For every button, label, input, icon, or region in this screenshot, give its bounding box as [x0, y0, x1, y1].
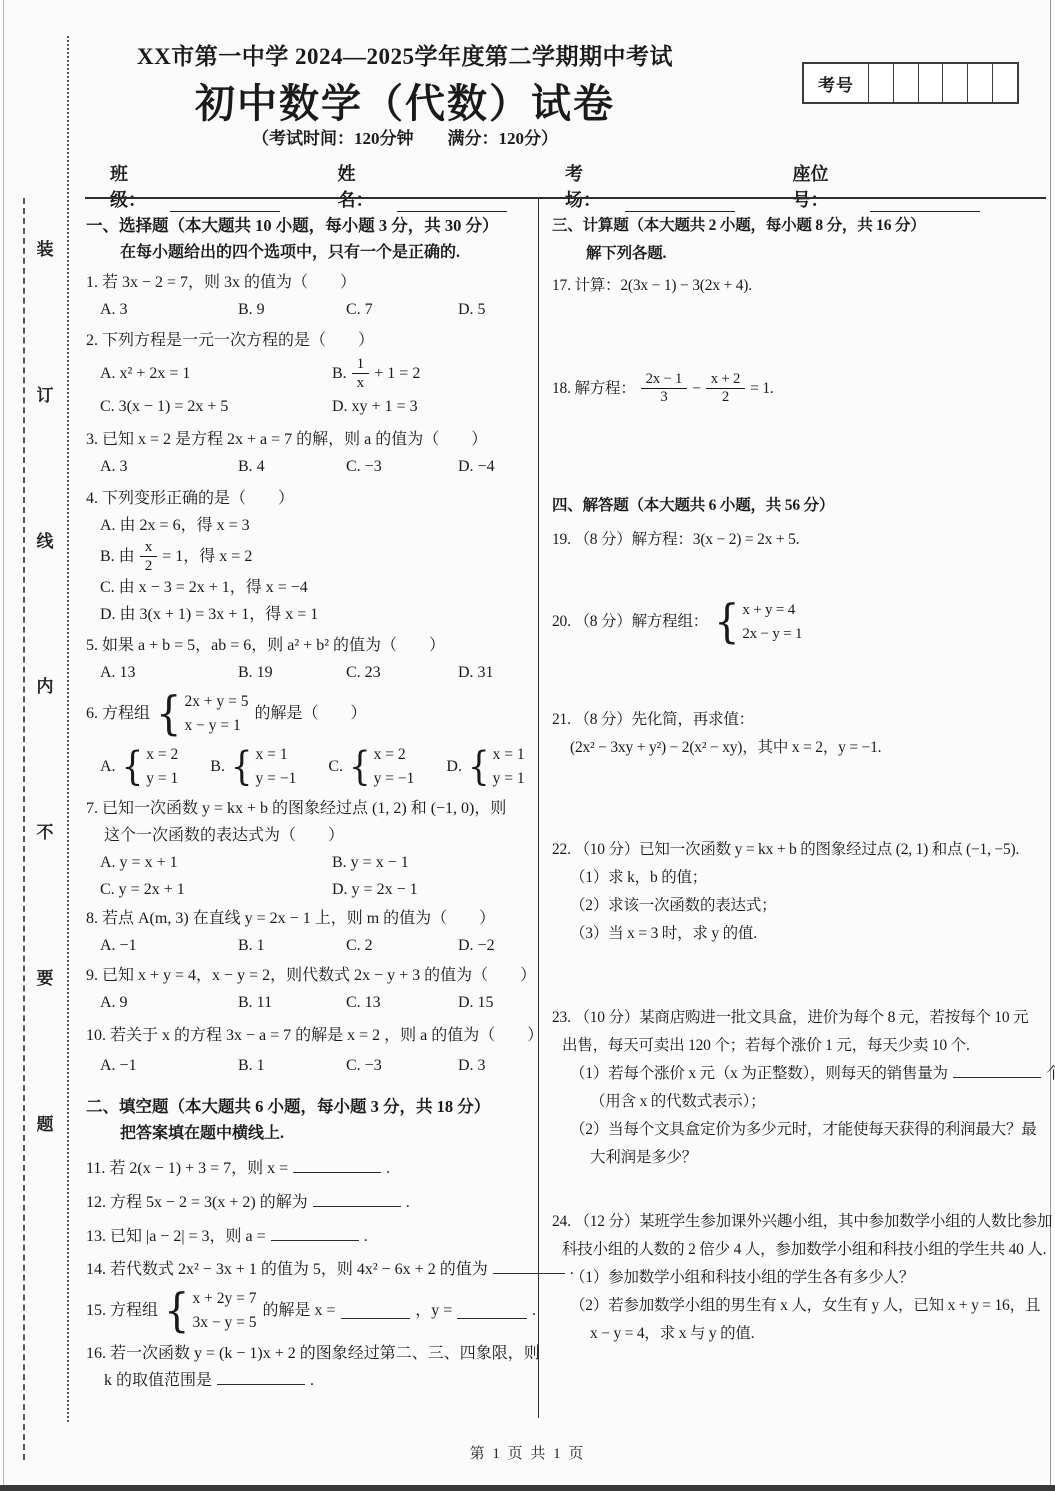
q1-option-c: C. 7: [346, 296, 458, 323]
q4-option-b-rest: = 1，得 x = 2: [162, 543, 252, 570]
q16-line1: 16. 若一次函数 y = (k − 1)x + 2 的图象经过第二、三、四象限…: [86, 1340, 536, 1367]
q13-blank: [271, 1225, 359, 1241]
q4-option-d: D. 由 3(x + 1) = 3x + 1，得 x = 1: [86, 601, 536, 628]
q6-option-b-system: x = 1 y = −1: [231, 743, 296, 791]
school-line: XX市第一中学 2024—2025学年度第二学期期中考试: [0, 38, 810, 71]
seat-blank: [870, 191, 980, 212]
q2-option-b-label: B.: [332, 360, 347, 387]
q6-stem-post: 的解是（ ）: [255, 700, 367, 727]
exam-number-label: 考号: [804, 64, 868, 102]
q7-stem-line2: 这个一次函数的表达式为（ ）: [86, 822, 536, 849]
q24-line2: 科技小组的人数的 2 倍少 4 人，参加数学小组和科技小组的学生共 40 人.: [552, 1236, 1052, 1264]
exam-number-cell: [868, 64, 893, 102]
q2-option-b-rest: + 1 = 2: [374, 360, 420, 387]
q3-option-b: B. 4: [238, 453, 346, 480]
room-blank: [625, 191, 735, 212]
q6-option-b: B. x = 1 y = −1: [210, 743, 302, 791]
q6-stem-pre: 6. 方程组: [86, 700, 150, 727]
q7-options-cd: C. y = 2x + 1 D. y = 2x − 1: [86, 876, 536, 903]
left-column: 一、选择题（本大题共 10 小题，每小题 3 分，共 30 分） 在每小题给出的…: [86, 212, 536, 1394]
q19: 19. （8 分）解方程：3(x − 2) = 2x + 5.: [552, 526, 1052, 554]
q5-option-c: C. 23: [346, 659, 458, 686]
q10-options: A. −1 B. 1 C. −3 D. 3: [86, 1052, 536, 1079]
q20: 20. （8 分）解方程组： x + y = 4 2x − y = 1: [552, 598, 1052, 646]
q23-blank: [953, 1062, 1041, 1078]
exam-paper-page: 装 订 线 内 不 要 题 XX市第一中学 2024—2025学年度第二学期期中…: [0, 0, 1055, 1491]
q1-option-b: B. 9: [238, 296, 346, 323]
q6-options: A. x = 2 y = 1 B. x = 1 y = −1 C. x = 2 …: [86, 743, 536, 791]
q5-option-b: B. 19: [238, 659, 346, 686]
q10-option-a: A. −1: [100, 1052, 238, 1079]
exam-number-cell: [942, 64, 967, 102]
q4-option-b-pre: B. 由: [100, 543, 135, 570]
q2-option-b: B. 1 x + 1 = 2: [332, 356, 536, 391]
q4-fraction: x 2: [140, 539, 158, 574]
q5-options: A. 13 B. 19 C. 23 D. 31: [86, 659, 536, 686]
seat-field: 座位号：: [793, 160, 980, 212]
q6-option-c: C. x = 2 y = −1: [328, 743, 420, 791]
q6-stem: 6. 方程组 2x + y = 5 x − y = 1 的解是（ ）: [86, 690, 536, 738]
q2-options-cd: C. 3(x − 1) = 2x + 5 D. xy + 1 = 3: [86, 393, 536, 420]
exam-number-box: 考号: [802, 62, 1019, 104]
name-field: 姓名：: [338, 160, 508, 212]
q2-stem: 2. 下列方程是一元一次方程的是（ ）: [86, 327, 536, 354]
section4-title: 四、解答题（本大题共 6 小题，共 56 分）: [552, 492, 1052, 520]
exam-number-cell: [992, 64, 1017, 102]
q7-option-b: B. y = x − 1: [332, 849, 536, 876]
q9-options: A. 9 B. 11 C. 13 D. 15: [86, 989, 536, 1016]
q23-part2-line2: 大利润是多少？: [552, 1144, 1052, 1172]
q23-part2-line1: （2）当每个文具盒定价为多少元时，才能使每天获得的利润最大？最: [552, 1116, 1052, 1144]
seat-label: 座位号：: [793, 160, 865, 212]
q9-stem: 9. 已知 x + y = 4，x − y = 2，则代数式 2x − y + …: [86, 962, 536, 989]
q24-line1: 24. （12 分）某班学生参加课外兴趣小组，其中参加数学小组的人数比参加: [552, 1208, 1052, 1236]
binding-char: 内: [37, 672, 54, 697]
q22-stem: 22. （10 分）已知一次函数 y = kx + b 的图象经过点 (2, 1…: [552, 836, 1052, 864]
page-left-edge: [3, 0, 4, 1491]
q1-options: A. 3 B. 9 C. 7 D. 5: [86, 296, 536, 323]
q8-option-a: A. −1: [100, 932, 238, 959]
q20-pre: 20. （8 分）解方程组：: [552, 608, 708, 636]
q4-option-c: C. 由 x − 3 = 2x + 1，得 x = −4: [86, 574, 536, 601]
q2-option-d: D. xy + 1 = 3: [332, 393, 536, 420]
class-field: 班级：: [110, 160, 280, 212]
binding-char: 线: [37, 527, 54, 552]
q10-option-d: D. 3: [458, 1052, 536, 1079]
q22-part2: （2）求该一次函数的表达式；: [552, 892, 1052, 920]
q18-pre: 18. 解方程：: [552, 375, 636, 403]
section3-subtitle: 解下列各题.: [552, 240, 1052, 268]
q9-option-a: A. 9: [100, 989, 238, 1016]
q9-option-b: B. 11: [238, 989, 346, 1016]
header-rule: [85, 197, 1046, 199]
q3-option-a: A. 3: [100, 453, 238, 480]
q5-option-a: A. 13: [100, 659, 238, 686]
q10-option-b: B. 1: [238, 1052, 346, 1079]
q20-system: x + y = 4 2x − y = 1: [714, 598, 802, 646]
q4-option-a: A. 由 2x = 6，得 x = 3: [86, 512, 536, 539]
exam-number-cell: [893, 64, 918, 102]
binding-char: 题: [37, 1110, 54, 1135]
binding-char: 装: [37, 235, 54, 260]
q3-option-d: D. −4: [458, 453, 536, 480]
section1-subtitle: 在每小题给出的四个选项中，只有一个是正确的.: [86, 239, 536, 266]
q24-part1: （1）参加数学小组和科技小组的学生各有多少人？: [552, 1264, 1052, 1292]
q6-option-c-system: x = 2 y = −1: [349, 743, 414, 791]
exam-meta: （考试时间：120分钟 满分：120分）: [0, 124, 810, 149]
room-field: 考场：: [565, 160, 735, 212]
q1-option-d: D. 5: [458, 296, 536, 323]
q13: 13. 已知 |a − 2| = 3，则 a =.: [86, 1223, 536, 1250]
q2-fraction: 1 x: [352, 356, 370, 391]
q2-option-a: A. x² + 2x = 1: [100, 356, 332, 391]
q14: 14. 若代数式 2x² − 3x + 1 的值为 5，则 4x² − 6x +…: [86, 1256, 536, 1283]
q15-system: x + 2y = 7 3x − y = 5: [164, 1287, 257, 1335]
q22-part3: （3）当 x = 3 时，求 y 的值.: [552, 920, 1052, 948]
binding-char: 订: [37, 381, 54, 406]
q23-line1: 23. （10 分）某商店购进一批文具盒，进价为每个 8 元，若按每个 10 元: [552, 1004, 1052, 1032]
q9-option-c: C. 13: [346, 989, 458, 1016]
q1-stem: 1. 若 3x − 2 = 7，则 3x 的值为（ ）: [86, 269, 536, 296]
q1-option-a: A. 3: [100, 296, 238, 323]
q8-options: A. −1 B. 1 C. 2 D. −2: [86, 932, 536, 959]
q6-option-a: A. x = 2 y = 1: [100, 743, 184, 791]
page-bottom-edge: [0, 1485, 1055, 1491]
q2-option-c: C. 3(x − 1) = 2x + 5: [100, 393, 332, 420]
q7-options-ab: A. y = x + 1 B. y = x − 1: [86, 849, 536, 876]
binding-dashed-line: [23, 198, 25, 1460]
q15-blank-x: [341, 1303, 411, 1319]
class-blank: [170, 191, 280, 212]
binding-dotted-line: [67, 36, 69, 1422]
q11-blank: [293, 1157, 381, 1173]
q2-options-ab: A. x² + 2x = 1 B. 1 x + 1 = 2: [86, 356, 536, 391]
q10-stem: 10. 若关于 x 的方程 3x − a = 7 的解是 x = 2 ，则 a …: [86, 1022, 536, 1049]
q8-stem: 8. 若点 A(m, 3) 在直线 y = 2x − 1 上，则 m 的值为（ …: [86, 905, 536, 932]
q12: 12. 方程 5x − 2 = 3(x + 2) 的解为.: [86, 1189, 536, 1216]
q24-part2-line2: x − y = 4，求 x 与 y 的值.: [552, 1320, 1052, 1348]
q8-option-c: C. 2: [346, 932, 458, 959]
q7-option-d: D. y = 2x − 1: [332, 876, 536, 903]
q6-option-d: D. x = 1 y = 1: [446, 743, 530, 791]
q4-stem: 4. 下列变形正确的是（ ）: [86, 485, 536, 512]
q7-stem-line1: 7. 已知一次函数 y = kx + b 的图象经过点 (1, 2) 和 (−1…: [86, 795, 536, 822]
q10-option-c: C. −3: [346, 1052, 458, 1079]
q4-option-b: B. 由 x 2 = 1，得 x = 2: [86, 539, 536, 574]
section3-title: 三、计算题（本大题共 2 小题，每小题 8 分，共 16 分）: [552, 212, 1052, 240]
right-column: 三、计算题（本大题共 2 小题，每小题 8 分，共 16 分） 解下列各题. 1…: [552, 212, 1052, 1348]
q7-option-a: A. y = x + 1: [100, 849, 332, 876]
section2-title: 二、填空题（本大题共 6 小题，每小题 3 分，共 18 分）: [86, 1093, 536, 1120]
q12-blank: [313, 1191, 401, 1207]
binding-char: 要: [37, 964, 54, 989]
q23-part1-line1: （1）若每个涨价 x 元（x 为正整数），则每天的销售量为个: [552, 1060, 1052, 1088]
q23-part1-line2: （用含 x 的代数式表示）；: [552, 1088, 1052, 1116]
q3-stem: 3. 已知 x = 2 是方程 2x + a = 7 的解，则 a 的值为（ ）: [86, 426, 536, 453]
q18-fraction2: x + 2 2: [706, 372, 745, 406]
q18-minus: −: [692, 375, 701, 403]
q21-line1: 21. （8 分）先化简，再求值：: [552, 706, 1052, 734]
q3-options: A. 3 B. 4 C. −3 D. −4: [86, 453, 536, 480]
page-footer: 第 1 页 共 1 页: [0, 1442, 1055, 1463]
room-label: 考场：: [565, 160, 619, 212]
q24-part2-line1: （2）若参加数学小组的男生有 x 人，女生有 y 人，已知 x + y = 16…: [552, 1292, 1052, 1320]
q3-option-c: C. −3: [346, 453, 458, 480]
q21-line2: (2x² − 3xy + y²) − 2(x² − xy)，其中 x = 2，y…: [552, 734, 1052, 762]
q6-option-a-system: x = 2 y = 1: [122, 743, 179, 791]
page-title: 初中数学（代数）试卷: [0, 72, 810, 129]
q18: 18. 解方程： 2x − 1 3 − x + 2 2 = 1.: [552, 372, 1052, 406]
q16-line2: k 的取值范围是.: [86, 1367, 536, 1394]
q7-option-c: C. y = 2x + 1: [100, 876, 332, 903]
q11: 11. 若 2(x − 1) + 3 = 7，则 x =.: [86, 1155, 536, 1182]
column-divider: [538, 198, 539, 1418]
q6-option-d-system: x = 1 y = 1: [468, 743, 525, 791]
q16-blank: [217, 1369, 305, 1385]
exam-number-cell: [918, 64, 943, 102]
q18-fraction1: 2x − 1 3: [641, 372, 688, 406]
class-label: 班级：: [110, 160, 164, 212]
q8-option-b: B. 1: [238, 932, 346, 959]
exam-number-cell: [967, 64, 992, 102]
q15-pre: 15. 方程组: [86, 1297, 158, 1324]
q15: 15. 方程组 x + 2y = 7 3x − y = 5 的解是 x =，y …: [86, 1287, 536, 1335]
binding-margin-text: 装 订 线 内 不 要 题: [33, 235, 57, 1135]
q15-blank-y: [457, 1303, 527, 1319]
q22-part1: （1）求 k，b 的值；: [552, 864, 1052, 892]
q23-line2: 出售，每天可卖出 120 个；若每个涨价 1 元，每天少卖 10 个.: [552, 1032, 1052, 1060]
q6-system: 2x + y = 5 x − y = 1: [156, 690, 249, 738]
q17: 17. 计算：2(3x − 1) − 3(2x + 4).: [552, 272, 1052, 300]
section1-title: 一、选择题（本大题共 10 小题，每小题 3 分，共 30 分）: [86, 212, 536, 239]
student-info-row: 班级： 姓名： 考场： 座位号：: [110, 160, 980, 212]
q9-option-d: D. 15: [458, 989, 536, 1016]
q5-option-d: D. 31: [458, 659, 536, 686]
name-blank: [397, 191, 507, 212]
q18-post: = 1.: [750, 375, 773, 403]
q8-option-d: D. −2: [458, 932, 536, 959]
binding-char: 不: [37, 818, 54, 843]
q5-stem: 5. 如果 a + b = 5，ab = 6，则 a² + b² 的值为（ ）: [86, 632, 536, 659]
name-label: 姓名：: [338, 160, 392, 212]
section2-subtitle: 把答案填在题中横线上.: [86, 1120, 536, 1147]
